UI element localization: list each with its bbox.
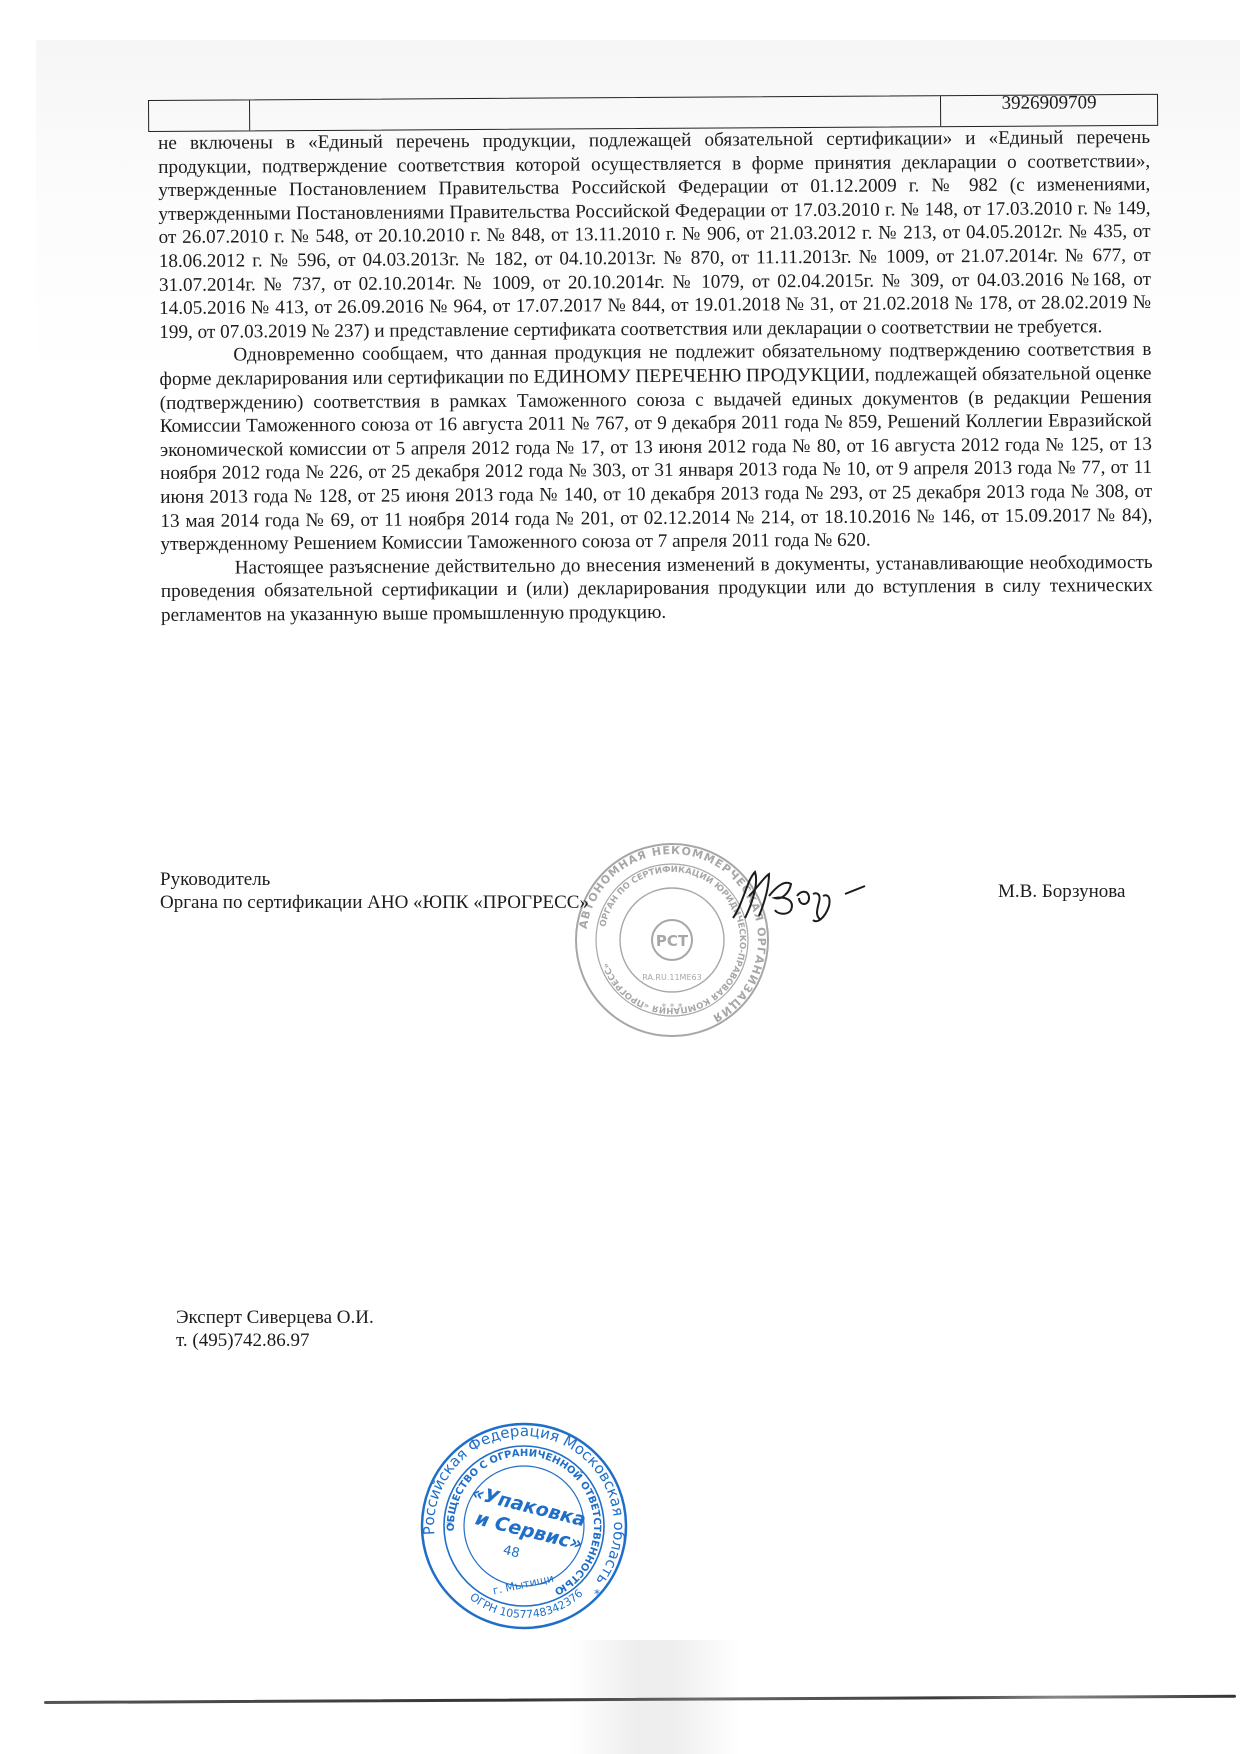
rst-mark-icon: PCT: [652, 920, 692, 960]
svg-text:г. Мытищи: г. Мытищи: [492, 1572, 555, 1598]
company-stamp: Российская Федерация Московская область …: [418, 1420, 630, 1632]
header-table-cell-empty: [149, 100, 250, 131]
svg-text:*: *: [594, 1587, 600, 1601]
document-page: 3926909709 не включены в «Единый перечен…: [0, 0, 1240, 1754]
svg-text:ОГРН 1057748342376: ОГРН 1057748342376: [467, 1587, 585, 1621]
svg-text:48: 48: [501, 1543, 521, 1562]
svg-text:* * *: * * *: [661, 1002, 682, 1013]
svg-text:RA.RU.11МЕ63: RA.RU.11МЕ63: [642, 973, 701, 982]
expert-phone: т. (495)742.86.97: [176, 1329, 374, 1352]
expert-contact: Эксперт Сиверцева О.И. т. (495)742.86.97: [176, 1306, 374, 1352]
handwritten-signature-icon: [725, 866, 895, 926]
paragraph-validity: Настоящее разъяснение действительно до в…: [161, 551, 1153, 628]
paragraph-customs-union: Одновременно сообщаем, что данная продук…: [159, 338, 1152, 556]
document-body: не включены в «Единый перечень продукции…: [158, 126, 1153, 628]
signer-name: М.В. Борзунова: [998, 880, 1125, 903]
svg-text:*: *: [446, 1519, 452, 1533]
paragraph-certification-list: не включены в «Единый перечень продукции…: [158, 126, 1151, 344]
tnved-code: 3926909709: [941, 95, 1157, 126]
expert-name: Эксперт Сиверцева О.И.: [176, 1306, 374, 1329]
svg-text:PCT: PCT: [656, 932, 689, 950]
header-table-cell-empty: [250, 96, 941, 130]
signature-block: Руководитель Органа по сертификации АНО …: [160, 868, 1150, 914]
